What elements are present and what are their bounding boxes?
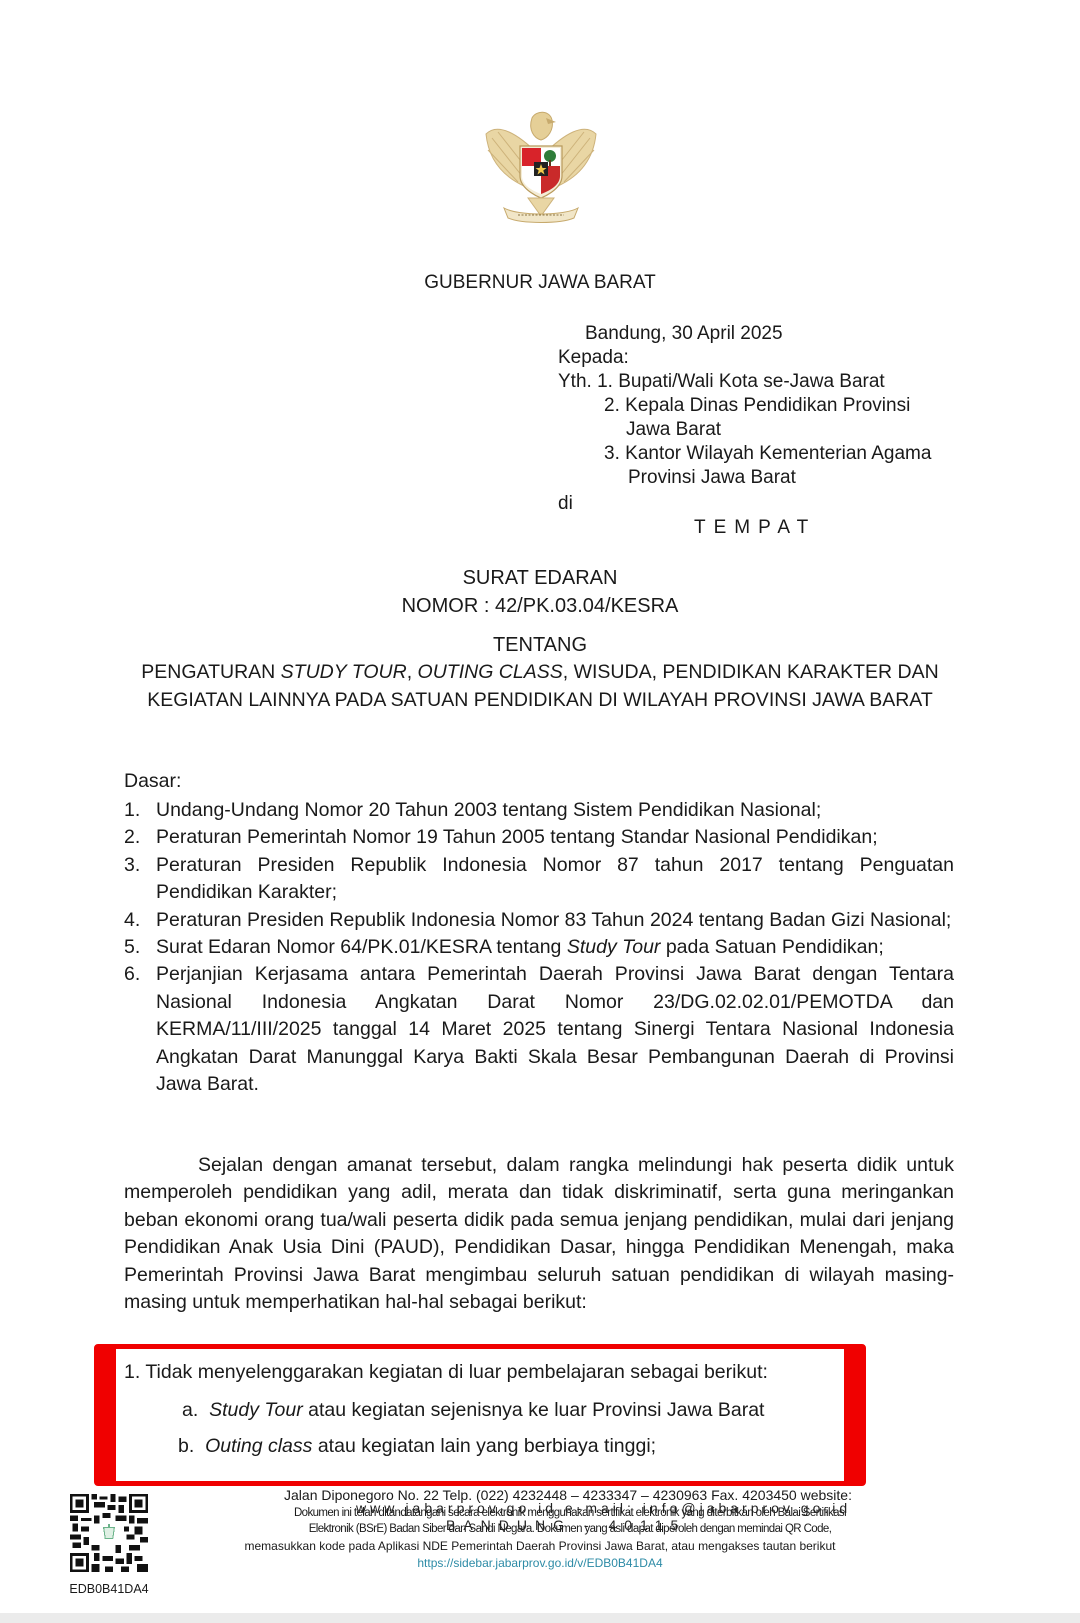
verification-link[interactable]: https://sidebar.jabarprov.go.id/v/EDB0B4… [0, 1555, 1080, 1571]
point-1b: b. Outing class atau kegiatan lain yang … [178, 1433, 656, 1459]
footer-city-overlay: BANDUNG - 40115 [446, 1517, 686, 1533]
point-1b-letter: b. [178, 1435, 194, 1457]
point-1b-text: atau kegiatan lain yang berbiaya tinggi; [312, 1435, 656, 1457]
dasar-item-text: Undang-Undang Nomor 20 Tahun 2003 tentan… [156, 797, 954, 824]
dasar-item-number: 6. [124, 961, 156, 1098]
di-label: di [558, 492, 573, 516]
recipient-3-num: 3. [604, 443, 620, 464]
recipient-1-num: 1. [597, 371, 613, 392]
recipient-3: 3. Kantor Wilayah Kementerian Agama [604, 442, 931, 466]
dasar-item: 2.Peraturan Pemerintah Nomor 19 Tahun 20… [124, 824, 954, 851]
signature-notice-line-3: memasukkan kode pada Aplikasi NDE Pemeri… [0, 1538, 1080, 1554]
dasar-item-text: Surat Edaran Nomor 64/PK.01/KESRA tentan… [156, 934, 954, 961]
dasar-item-number: 1. [124, 797, 156, 824]
qr-code-label: EDB0B41DA4 [56, 1581, 162, 1597]
document-subject: PENGATURAN STUDY TOUR, OUTING CLASS, WIS… [110, 658, 970, 714]
dasar-item: 1.Undang-Undang Nomor 20 Tahun 2003 tent… [124, 797, 954, 824]
point-1a-letter: a. [182, 1399, 198, 1421]
body-paragraph: Sejalan dengan amanat tersebut, dalam ra… [124, 1152, 954, 1316]
recipient-2-num: 2. [604, 395, 620, 416]
point-1: 1. Tidak menyelenggarakan kegiatan di lu… [124, 1359, 768, 1385]
dasar-item-text: Peraturan Presiden Republik Indonesia No… [156, 907, 954, 934]
point-1b-italic: Outing class [205, 1435, 312, 1457]
dasar-item-number: 4. [124, 907, 156, 934]
dasar-item: 3.Peraturan Presiden Republik Indonesia … [124, 852, 954, 907]
document-number: NOMOR : 42/PK.03.04/KESRA [0, 593, 1080, 619]
recipient-1: Yth. 1. Bupati/Wali Kota se-Jawa Barat [558, 370, 885, 394]
recipient-2-line2: Jawa Barat [626, 418, 721, 442]
dasar-item-number: 2. [124, 824, 156, 851]
point-1a: a. Study Tour atau kegiatan sejenisnya k… [182, 1397, 764, 1423]
recipient-1-name: Bupati/Wali Kota se-Jawa Barat [618, 371, 884, 392]
tentang-label: TENTANG [0, 632, 1080, 658]
footer-website-email-overlay: www.jabarprov.go.id e-mail: info@jabarpr… [356, 1500, 851, 1516]
subject-part: STUDY TOUR [281, 661, 407, 683]
recipient-2: 2. Kepala Dinas Pendidikan Provinsi [604, 394, 910, 418]
dasar-item-number: 5. [124, 934, 156, 961]
dasar-item-text: Perjanjian Kerjasama antara Pemerintah D… [156, 961, 954, 1098]
dasar-item: 5.Surat Edaran Nomor 64/PK.01/KESRA tent… [124, 934, 954, 961]
dasar-item-text: Peraturan Pemerintah Nomor 19 Tahun 2005… [156, 824, 954, 851]
subject-part: OUTING CLASS [418, 661, 563, 683]
garuda-emblem-icon [478, 104, 604, 234]
place-date: Bandung, 30 April 2025 [585, 322, 783, 346]
tempat-label: TEMPAT [694, 516, 816, 540]
dasar-item-text: Peraturan Presiden Republik Indonesia No… [156, 852, 954, 907]
dasar-list: 1.Undang-Undang Nomor 20 Tahun 2003 tent… [124, 797, 954, 1098]
dasar-item-number: 3. [124, 852, 156, 907]
point-1a-italic: Study Tour [209, 1399, 303, 1421]
document-type: SURAT EDARAN [0, 565, 1080, 591]
recipient-3-name: Kantor Wilayah Kementerian Agama [625, 443, 931, 464]
highlight-box: 1. Tidak menyelenggarakan kegiatan di lu… [94, 1344, 866, 1486]
subject-part: , [407, 661, 418, 683]
dasar-item: 4.Peraturan Presiden Republik Indonesia … [124, 907, 954, 934]
recipient-2-name: Kepala Dinas Pendidikan Provinsi [625, 395, 910, 416]
yth-prefix: Yth. [558, 371, 592, 392]
bottom-strip [0, 1613, 1080, 1623]
letter-page: GUBERNUR JAWA BARAT Bandung, 30 April 20… [0, 0, 1080, 1613]
kepada-label: Kepada: [558, 346, 629, 370]
issuer-title: GUBERNUR JAWA BARAT [0, 272, 1080, 294]
recipient-3-line2: Provinsi Jawa Barat [628, 466, 796, 490]
qr-code-icon[interactable] [70, 1494, 148, 1572]
point-1a-text: atau kegiatan sejenisnya ke luar Provins… [303, 1399, 765, 1421]
dasar-item: 6.Perjanjian Kerjasama antara Pemerintah… [124, 961, 954, 1098]
subject-part: PENGATURAN [141, 661, 280, 683]
dasar-label: Dasar: [124, 770, 181, 793]
